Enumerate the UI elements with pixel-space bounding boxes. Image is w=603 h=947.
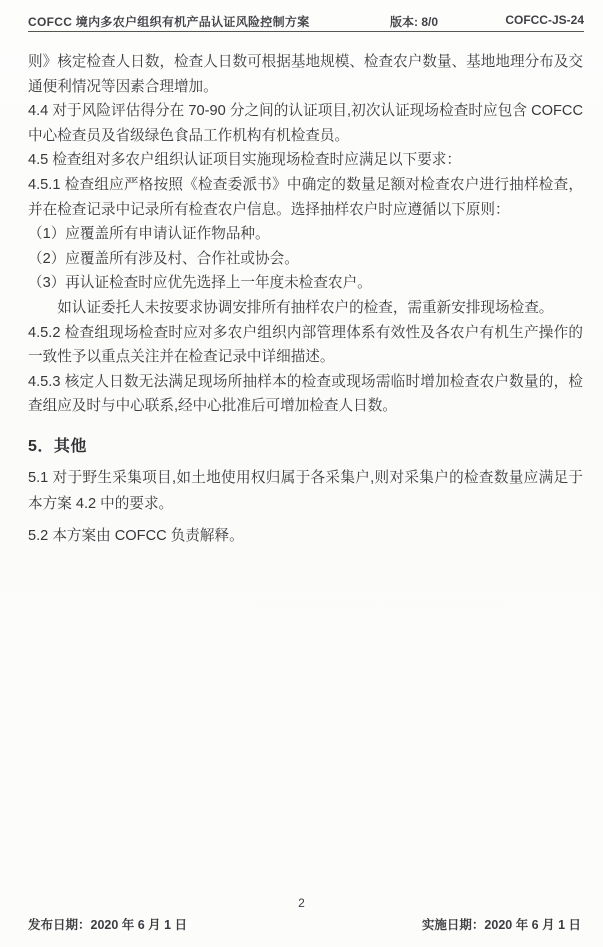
clause-5-1: 5.1 对于野生采集项目,如土地使用权归属于各采集户,则对采集户的检查数量应满足… (28, 465, 583, 518)
document-footer: 发布日期：2020 年 6 月 1 日 实施日期：2020 年 6 月 1 日 (28, 915, 581, 933)
clause-5-2: 5.2 本方案由 COFCC 负责解释。 (28, 523, 583, 550)
document-header: COFCC 境内多农户组织有机产品认证风险控制方案 版本: 8/0 COFCC-… (28, 10, 584, 32)
list-item-3: （3）再认证检查时应优先选择上一年度未检查农户。 (28, 271, 583, 296)
implement-date: 实施日期：2020 年 6 月 1 日 (422, 915, 581, 933)
list-item-1: （1）应覆盖所有申请认证作物品种。 (28, 222, 583, 247)
clause-4-5-2: 4.5.2 检查组现场检查时应对多农户组织内部管理体系有效性及各农户有机生产操作… (28, 321, 583, 370)
clause-4-4: 4.4 对于风险评估得分在 70-90 分之间的认证项目,初次认证现场检查时应包… (28, 99, 583, 148)
document-title: COFCC 境内多农户组织有机产品认证风险控制方案 (28, 13, 310, 30)
document-code: COFCC-JS-24 (505, 13, 584, 27)
version-label: 版本: 8/0 (390, 13, 438, 30)
list-item-2: （2）应覆盖所有涉及村、合作社或协会。 (28, 247, 583, 272)
release-date: 发布日期：2020 年 6 月 1 日 (28, 915, 187, 933)
clause-4-5: 4.5 检查组对多农户组织认证项目实施现场检查时应满足以下要求： (28, 148, 583, 173)
section-5-heading: 5．其他 (28, 433, 583, 456)
clause-4-5-1: 4.5.1 检查组应严格按照《检查委派书》中确定的数量足额对检查农户进行抽样检查… (28, 173, 583, 222)
section-5-body: 5.1 对于野生采集项目,如土地使用权归属于各采集户,则对采集户的检查数量应满足… (28, 465, 583, 550)
clause-4-5-3: 4.5.3 核定人日数无法满足现场所抽样本的检查或现场需临时增加检查农户数量的，… (28, 370, 583, 419)
clause-continuation: 则》核定检查人日数，检查人日数可根据基地规模、检查农户数量、基地地理分布及交通便… (28, 50, 583, 99)
clause-4-5-1-note: 如认证委托人未按要求协调安排所有抽样农户的检查，需重新安排现场检查。 (28, 296, 583, 321)
document-body: 则》核定检查人日数，检查人日数可根据基地规模、检查农户数量、基地地理分布及交通便… (28, 50, 583, 554)
page-number: 2 (0, 896, 603, 910)
document-page: COFCC 境内多农户组织有机产品认证风险控制方案 版本: 8/0 COFCC-… (0, 0, 603, 947)
